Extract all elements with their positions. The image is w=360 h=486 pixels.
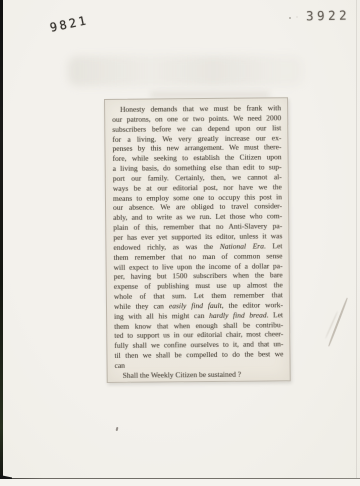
newspaper-clipping: Honesty demands that we must be frank wi… xyxy=(104,97,291,383)
scan-edge-right xyxy=(356,0,357,486)
ink-ghost-smudge xyxy=(68,56,303,86)
scan-edge-left xyxy=(0,0,3,486)
article-line: Shall the Weekly Citizen be sustained ? xyxy=(115,369,284,380)
scan-bottom-strip xyxy=(0,479,360,486)
scan-bottom-line xyxy=(0,478,360,479)
article-line: til then we shall be compelled to do the… xyxy=(114,349,283,360)
article-text: Honesty demands that we must be frank wi… xyxy=(112,103,284,380)
photo-scan: 9821 3922 Honesty demands that we must b… xyxy=(0,0,360,486)
stamp-number-top-left: 9821 xyxy=(49,13,90,35)
scan-specks xyxy=(289,17,291,19)
ink-speck xyxy=(116,427,119,431)
scratch-mark xyxy=(328,297,348,346)
stamp-number-top-right: 3922 xyxy=(306,8,350,24)
